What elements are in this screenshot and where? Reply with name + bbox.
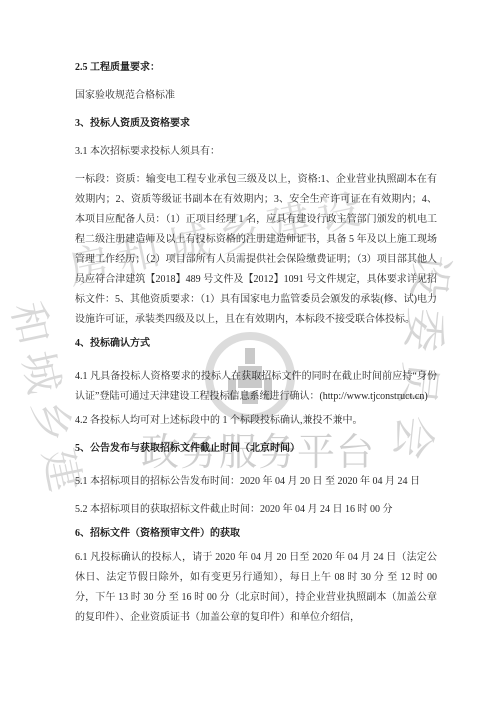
section-heading-2-5: 2.5 工程质量要求：	[75, 58, 437, 78]
paragraph-5-1: 5.1 本招标项目的招标公告发布时间：2020 年 04 月 20 日 至 20…	[75, 472, 437, 492]
section-heading-3: 3、投标人资质及资格要求	[75, 114, 437, 134]
document-page: 房和城乡建设 和城乡建 设委员会 政务服务平台 2.5 工程质量要求： 国家验收…	[0, 0, 499, 706]
paragraph-3-1: 3.1 本次招标要求投标人须具有：	[75, 142, 437, 162]
paragraph-4-2: 4.2 各投标人均可对上述标段中的 1 个标段投标确认,兼投不兼中。	[75, 411, 437, 431]
section-heading-4: 4、投标确认方式	[75, 334, 437, 354]
document-body: 2.5 工程质量要求： 国家验收规范合格标准 3、投标人资质及资格要求 3.1 …	[0, 0, 499, 628]
paragraph-bid-requirements: 一标段：资质：输变电工程专业承包三级及以上，资格:1、企业营业执照副本在有效期内…	[75, 170, 437, 330]
section-heading-6: 6、招标文件（资格预审文件）的获取	[75, 524, 437, 544]
paragraph-standard: 国家验收规范合格标准	[75, 86, 437, 106]
paragraph-4-1: 4.1 凡具备投标人资格要求的投标人在获取招标文件的同时在截止时间前应持“身份认…	[75, 367, 437, 407]
paragraph-5-2: 5.2 本招标项目的获取招标文件截止时间：2020 年 04 月 24 日 16…	[75, 500, 437, 520]
section-heading-5: 5、公告发布与获取招标文件截止时间（北京时间）	[75, 439, 437, 459]
paragraph-6-1: 6.1 凡投标确认的投标人，请于 2020 年 04 月 20 日至 2020 …	[75, 548, 437, 628]
